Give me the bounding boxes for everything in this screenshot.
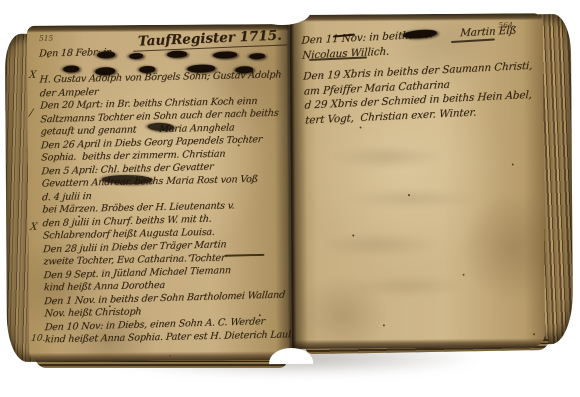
ink-blot [148, 123, 174, 131]
right-page-handwriting: Den 11 Nov: in beiths der Martin Elß Nic… [301, 23, 541, 128]
margin-mark: X [30, 222, 39, 233]
bleed-through [308, 133, 509, 324]
left-page-handwriting: Den 18 Febr: in H. Gustav Adolph von Bör… [39, 42, 291, 346]
foxing-specks [47, 56, 49, 58]
open-book: 515 TaufRegister 1715. Den 18 Febr: in H… [3, 4, 578, 380]
margin-mark: / [29, 108, 34, 119]
ink-blot [139, 66, 155, 73]
right-page: 564 Den 11 Nov: in beiths der Martin Elß… [291, 13, 545, 349]
photo-of-open-register: 515 TaufRegister 1715. Den 18 Febr: in H… [0, 0, 580, 397]
margin-mark: X [28, 70, 37, 81]
margin-mark: 10. [30, 334, 46, 344]
ink-blot [63, 65, 79, 72]
page-number-left: 515 [39, 34, 53, 43]
left-page: 515 TaufRegister 1715. Den 18 Febr: in H… [27, 24, 291, 362]
foxing-specks [321, 75, 323, 77]
